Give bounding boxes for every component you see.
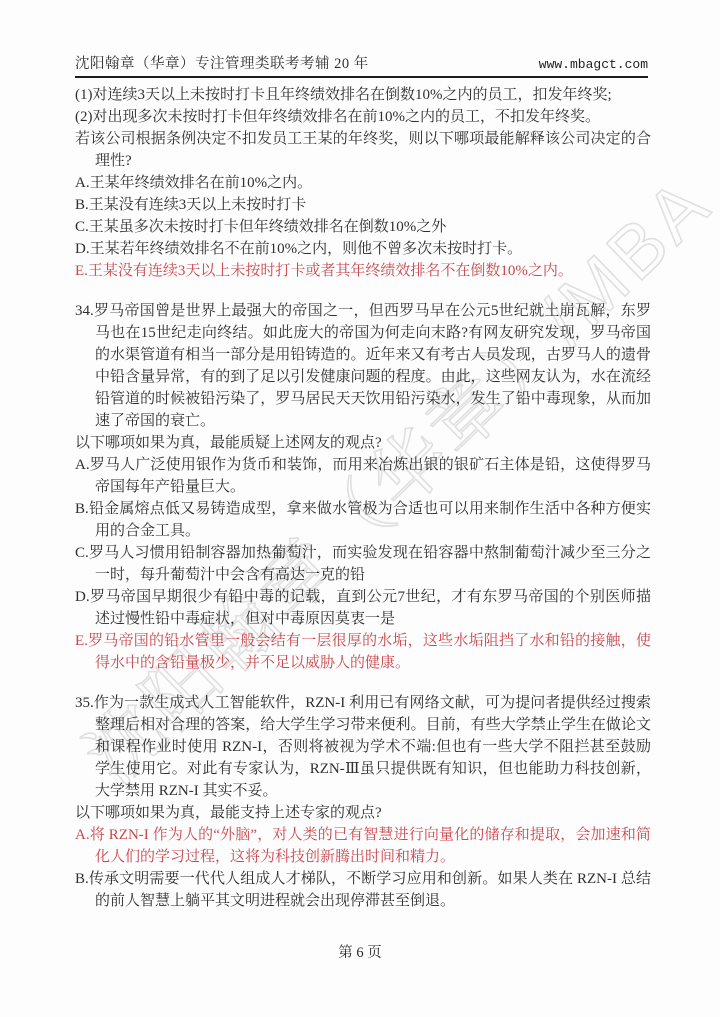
question-paragraph: C.王某虽多次未按时打卡但年终绩效排名在倒数10%之外 [75,216,651,238]
question-paragraph: B.铅金属熔点低又易铸造成型，拿来做水管极为合适也可以用来制作生活中各种方便实用… [75,498,651,542]
question-paragraph: B.王某没有连续3天以上未按时打卡 [75,194,651,216]
highlighted-answer-paragraph: A.将 RZN-I 作为人的“外脑”，对人类的已有智慧进行向量化的储存和提取，会… [75,824,651,868]
question-paragraph: 34.罗马帝国曾是世界上最强大的帝国之一，但西罗马早在公元5世纪就土崩瓦解，东罗… [75,300,651,432]
header-divider-rule [75,76,648,78]
question-paragraph: (1)对连续3天以上未按时打卡且年终绩效排名在倒数10%之内的员工，扣发年终奖; [75,84,651,106]
highlighted-answer-paragraph: E.王某没有连续3天以上未按时打卡或者其年终绩效排名不在倒数10%之内。 [75,260,651,282]
question-paragraph: 以下哪项如果为真，最能支持上述专家的观点? [75,802,651,824]
question-paragraph: (2)对出现多次未按时打卡但年终绩效排名在前10%之内的员工，不扣发年终奖。 [75,106,651,128]
question-paragraph: D.王某若年终绩效排名不在前10%之内，则他不曾多次未按时打卡。 [75,238,651,260]
highlighted-answer-paragraph: E.罗马帝国的铅水管里一般会结有一层很厚的水垢，这些水垢阻挡了水和铅的接触，使得… [75,630,651,674]
question-paragraph: 35.作为一款生成式人工智能软件，RZN-I 利用已有网络文献，可为提问者提供经… [75,692,651,802]
header-brand-text: 沈阳翰章（华章）专注管理类联考考辅 20 年 [75,52,369,73]
question-paragraph: D.罗马帝国早期很少有铅中毒的记载，直到公元7世纪，才有东罗马帝国的个别医师描述… [75,586,651,630]
header-website-url: www.mbagct.com [539,57,648,72]
question-paragraph: C.罗马人习惯用铅制容器加热葡萄汁，而实验发现在铅容器中熬制葡萄汁减少至三分之一… [75,542,651,586]
page-header: 沈阳翰章（华章）专注管理类联考考辅 20 年 www.mbagct.com [75,52,648,73]
question-paragraph: 若该公司根据条例决定不扣发员工王某的年终奖，则以下哪项最能解释该公司决定的合理性… [75,128,651,172]
question-paragraph: A.罗马人广泛使用银作为货币和装饰，而用来冶炼出银的银矿石主体是铅，这使得罗马帝… [75,454,651,498]
page-footer: 第 6 页 [0,941,720,962]
question-paragraph: B.传承文明需要一代代人组成人才梯队，不断学习应用和创新。如果人类在 RZN-I… [75,868,651,912]
question-paragraph: A.王某年终绩效排名在前10%之内。 [75,172,651,194]
question-paragraph: 以下哪项如果为真，最能质疑上述网友的观点? [75,432,651,454]
document-page: 沈阳翰章（华章）/MBA 沈阳翰章（华章）专注管理类联考考辅 20 年 www.… [0,0,720,1017]
question-text-area: (1)对连续3天以上未按时打卡且年终绩效排名在倒数10%之内的员工，扣发年终奖;… [75,84,651,912]
page-number: 第 6 页 [338,945,382,961]
